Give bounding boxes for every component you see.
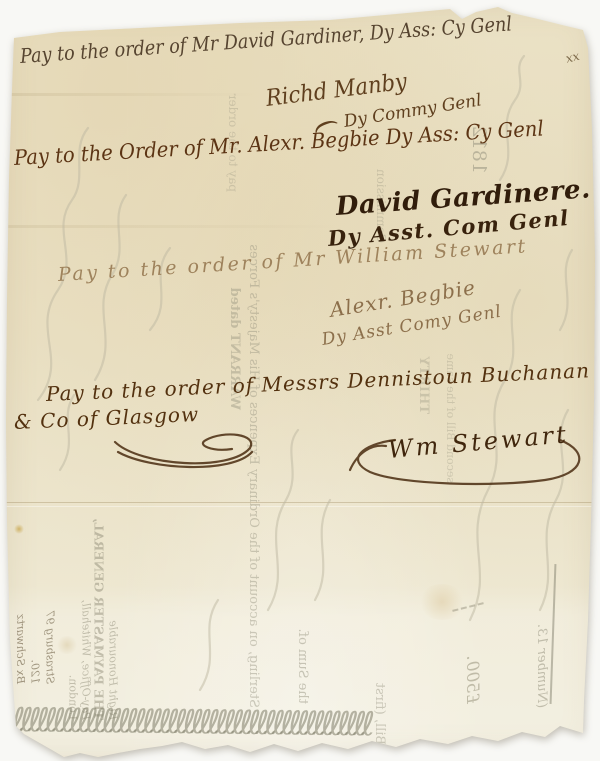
bleed-paymaster-line2: THE PAYMASTER GENERAL, <box>91 562 105 720</box>
bleed-number-label: (Number 13. <box>534 572 549 708</box>
bleed-note-2: 120. <box>27 604 42 684</box>
paper-surface: 1812 pay to the order Commission WARRANT… <box>0 0 600 761</box>
signature-stewart: Wm Stewart <box>387 420 570 464</box>
bleed-paymaster-line1: Right Honourable <box>106 562 119 720</box>
bleed-paymaster-line4: London. <box>66 562 79 720</box>
historical-document-scan: 1812 pay to the order Commission WARRANT… <box>0 0 600 761</box>
loop-border: ℓℓℓℓℓℓℓℓℓℓℓℓℓℓℓℓℓℓℓℓℓℓℓℓℓℓℓℓℓℓℓℓℓℓℓℓℓℓℓℓ… <box>11 700 596 753</box>
bleed-note-1: Strasburg 97 <box>42 604 57 684</box>
bleed-paymaster-block: Right Honourable THE PAYMASTER GENERAL, … <box>66 562 118 720</box>
endorsement-line-4b: & Co of Glasgow <box>13 402 199 434</box>
fold-line-top <box>0 93 260 96</box>
fold-line-middle <box>0 225 340 228</box>
bleed-sum-line: the Sum of. <box>295 612 310 704</box>
ink-stain <box>14 524 24 534</box>
corner-mark: xx <box>564 49 581 66</box>
paper-stain <box>418 584 466 620</box>
bleed-amount-script: £500. <box>462 618 482 704</box>
bleed-note-3: Bx Schwartz <box>12 604 27 684</box>
bleed-handwritten-notes: Strasburg 97 120. Bx Schwartz <box>12 604 57 684</box>
paper-sheet: 1812 pay to the order Commission WARRANT… <box>0 0 600 761</box>
bleed-paymaster-line3: Pay-Office, Whitehall, <box>79 562 92 720</box>
endorsement-line-1: Pay to the order of Mr David Gardiner, D… <box>19 11 512 68</box>
fold-line-main <box>0 502 592 507</box>
endorsement-line-2: Pay to the Order of Mr. Alexr. Begbie Dy… <box>13 116 544 170</box>
bleed-pay-to-fragment: pay to the order <box>226 72 240 192</box>
bleed-sterling-line: Sterling, on account of the Ordinary Exp… <box>246 252 261 708</box>
endorsement-line-4a: Pay to the order of Messrs Dennistoun Bu… <box>45 358 590 406</box>
